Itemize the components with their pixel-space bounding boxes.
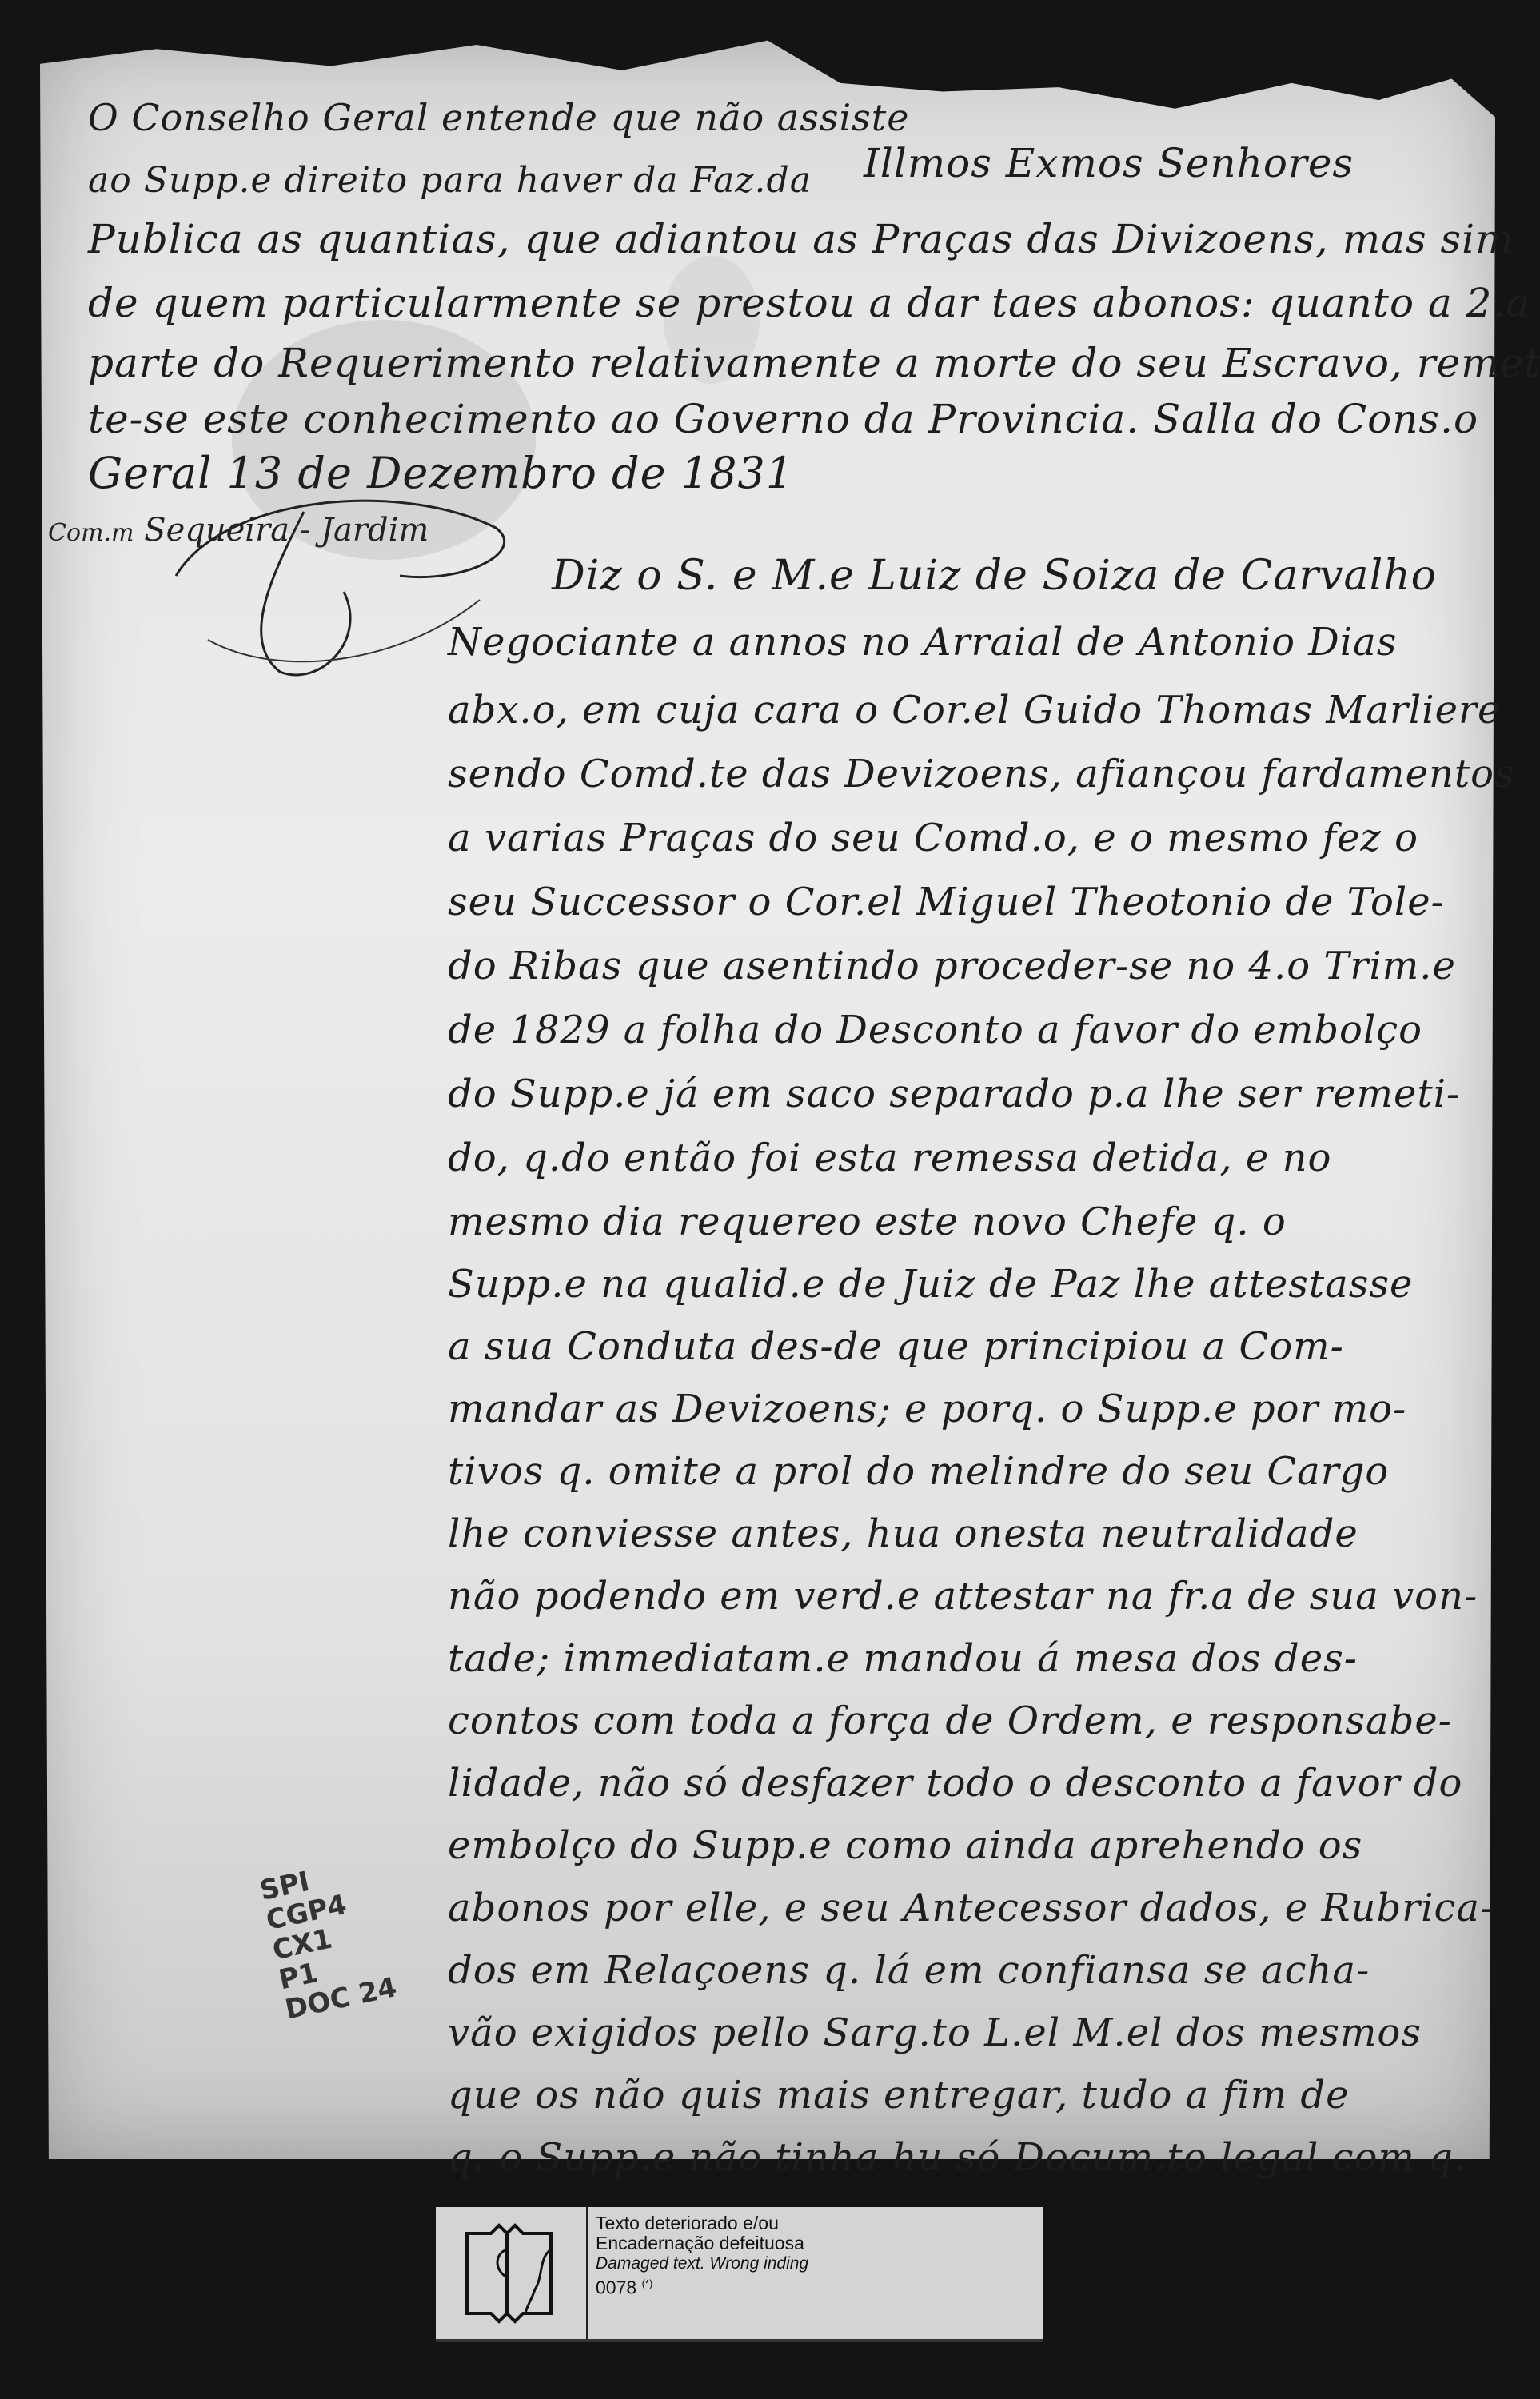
body-line: do, q.do então foi esta remessa detida, … [448, 1136, 1331, 1180]
body-line: Supp.e na qualid.e de Juiz de Paz lhe at… [448, 1262, 1413, 1307]
body-line: de 1829 a folha do Desconto a favor do e… [448, 1008, 1422, 1052]
resolution-line: parte do Requerimento relativamente a mo… [88, 340, 1540, 386]
damage-label-text: Texto deteriorado e/ou Encadernação defe… [588, 2207, 816, 2339]
resolution-line: Publica as quantias, que adiantou as Pra… [88, 216, 1514, 262]
body-line: do Supp.e já em saco separado p.a lhe se… [448, 1072, 1460, 1116]
signature-name: Sequeira - Jardim [144, 512, 429, 549]
body-line: tivos q. omite a prol do melindre do seu… [448, 1449, 1389, 1494]
body-line: do Ribas que asentindo proceder-se no 4.… [448, 944, 1456, 988]
damage-label-code-sup: (*) [642, 2277, 653, 2289]
torn-page-icon [436, 2207, 588, 2339]
body-line: Negociante a annos no Arraial de Antonio… [448, 620, 1397, 665]
body-line: lidade, não só desfazer todo o desconto … [448, 1761, 1462, 1806]
body-line: abx.o, em cuja cara o Cor.el Guido Thoma… [448, 688, 1501, 732]
body-line: seu Successor o Cor.el Miguel Theotonio … [448, 880, 1445, 924]
body-line: contos com toda a força de Ordem, e resp… [448, 1698, 1452, 1743]
body-line: dos em Relaçoens q. lá em confiansa se a… [448, 1948, 1370, 1993]
resolution-line: de quem particularmente se prestou a dar… [88, 280, 1530, 326]
body-line: vão exigidos pello Sarg.to L.el M.el dos… [448, 2010, 1422, 2055]
signature: Com.m Sequeira - Jardim [48, 512, 429, 549]
damage-label-pt-1: Texto deteriorado e/ou [596, 2213, 808, 2233]
body-line: sendo Comd.te das Devizoens, afiançou fa… [448, 752, 1515, 796]
body-line: abonos por elle, e seu Antecessor dados,… [448, 1886, 1494, 1930]
body-line: q. o Supp.e não tinha hu só Docum.to leg… [448, 2135, 1466, 2180]
address-line: Illmos Exmos Senhores [864, 140, 1354, 186]
body-line: mandar as Devizoens; e porq. o Supp.e po… [448, 1387, 1406, 1431]
body-line: a varias Praças do seu Comd.o, e o mesmo… [448, 816, 1418, 860]
resolution-line: te-se este conhecimento ao Governo da Pr… [88, 396, 1478, 442]
body-line: que os não quis mais entregar, tudo a fi… [448, 2073, 1350, 2118]
body-line: embolço do Supp.e como ainda aprehendo o… [448, 1823, 1362, 1868]
resolution-line: O Conselho Geral entende que não assiste [88, 96, 909, 139]
resolution-line: ao Supp.e direito para haver da Faz.da [88, 160, 812, 201]
body-line: a sua Conduta des-de que principiou a Co… [448, 1324, 1344, 1369]
damage-label-code: 0078 [596, 2277, 636, 2298]
damage-label-pt-2: Encadernação defeituosa [596, 2233, 808, 2253]
body-line: mesmo dia requereo este novo Chefe q. o [448, 1199, 1287, 1244]
body-line: Diz o S. e M.e Luiz de Soiza de Carvalho [552, 552, 1437, 600]
damage-label-en: Damaged text. Wrong inding [596, 2253, 808, 2273]
damage-label-code-row: 0078 (*) [596, 2273, 808, 2298]
signature-prefix: Com.m [48, 519, 134, 547]
body-line: não podendo em verd.e attestar na fr.a d… [448, 1574, 1478, 1619]
body-line: lhe conviesse antes, hua onesta neutrali… [448, 1511, 1358, 1556]
damage-label: Texto deteriorado e/ou Encadernação defe… [436, 2207, 1043, 2342]
body-line: tade; immediatam.e mandou á mesa dos des… [448, 1636, 1358, 1681]
